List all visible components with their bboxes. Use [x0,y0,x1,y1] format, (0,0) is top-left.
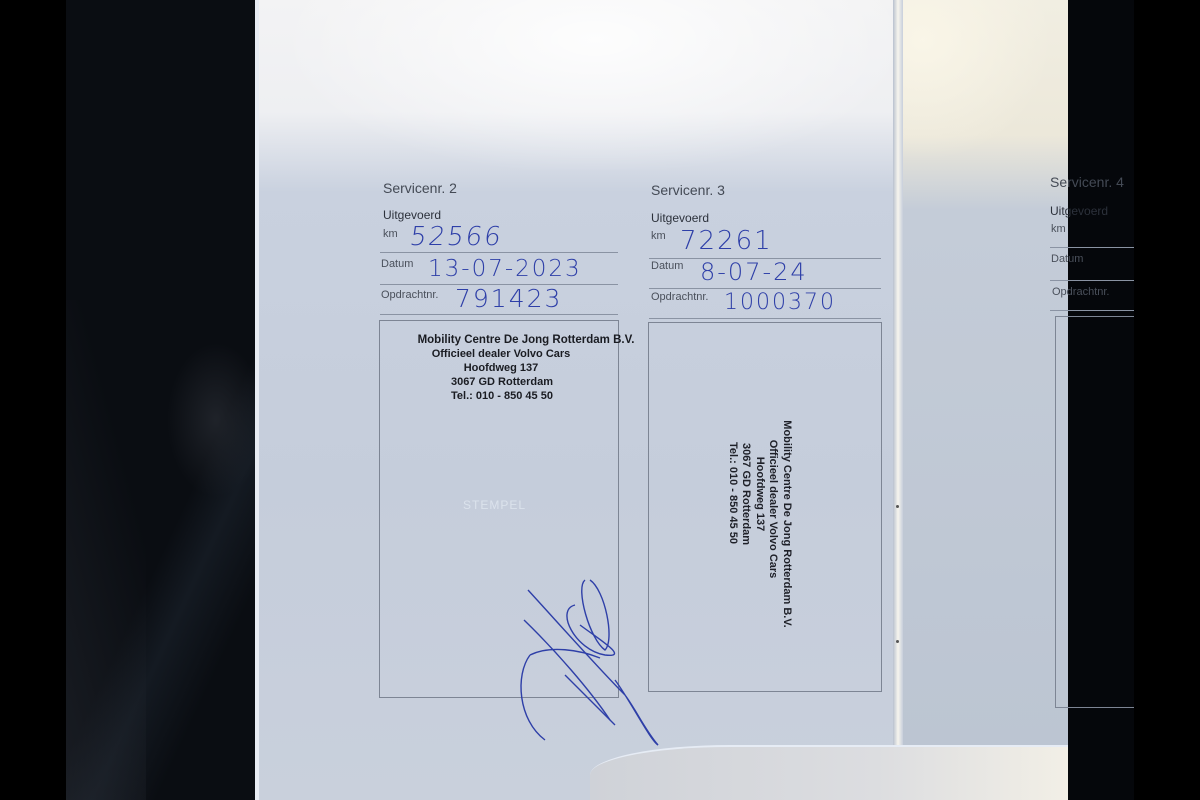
field-rule [380,314,618,315]
letterbox-left [0,0,66,800]
stamp-line: 3067 GD Rotterdam [332,375,672,389]
stamp-line: Mobility Centre De Jong Rotterdam B.V. [780,384,794,664]
date-label: Datum [381,258,413,270]
seat-edge [66,300,146,800]
letterbox-right [1134,0,1200,800]
stamp-placeholder: STEMPEL [463,498,526,512]
dealer-stamp: Mobility Centre De Jong Rotterdam B.V. O… [380,333,672,403]
date-value-handwritten: 8-07-24 [700,258,808,286]
service-title: Servicenr. 2 [383,180,457,196]
field-rule [380,252,618,253]
stamp-line: Officieel dealer Volvo Cars [766,354,780,664]
booklet-back-page-edge [590,745,1068,800]
stamp-line: Mobility Centre De Jong Rotterdam B.V. [380,333,672,347]
stamp-line: 3067 GD Rotterdam [739,324,753,664]
stamp-line: Officieel dealer Volvo Cars [330,347,672,361]
sunlight-highlight [255,0,900,170]
executed-label: Uitgevoerd [383,208,441,222]
sunlight-highlight [903,0,1068,180]
stamp-line: Tel.: 010 - 850 45 50 [726,322,740,664]
staple [896,640,899,643]
order-label: Opdrachtnr. [381,289,438,301]
field-rule [649,318,881,319]
field-rule [649,288,881,289]
stamp-line: Hoofdweg 137 [330,361,672,375]
km-value-handwritten: 52566 [408,222,505,252]
stamp-line: Tel.: 010 - 850 45 50 [332,389,672,403]
date-label: Datum [651,260,683,272]
dealer-stamp-rotated: Mobility Centre De Jong Rotterdam B.V. O… [726,384,794,664]
km-value-handwritten: 72261 [680,226,773,256]
order-label: Opdrachtnr. [651,291,708,303]
order-value-handwritten: 1000370 [724,290,836,315]
executed-label: Uitgevoerd [651,211,709,225]
date-value-handwritten: 13-07-2023 [428,256,582,282]
staple [896,505,899,508]
order-value-handwritten: 791423 [455,284,562,313]
km-label: km [383,228,398,240]
booklet-gutter [893,0,903,750]
km-label: km [651,230,666,242]
stamp-line: Hoofdweg 137 [753,324,767,664]
service-title: Servicenr. 3 [651,182,725,198]
